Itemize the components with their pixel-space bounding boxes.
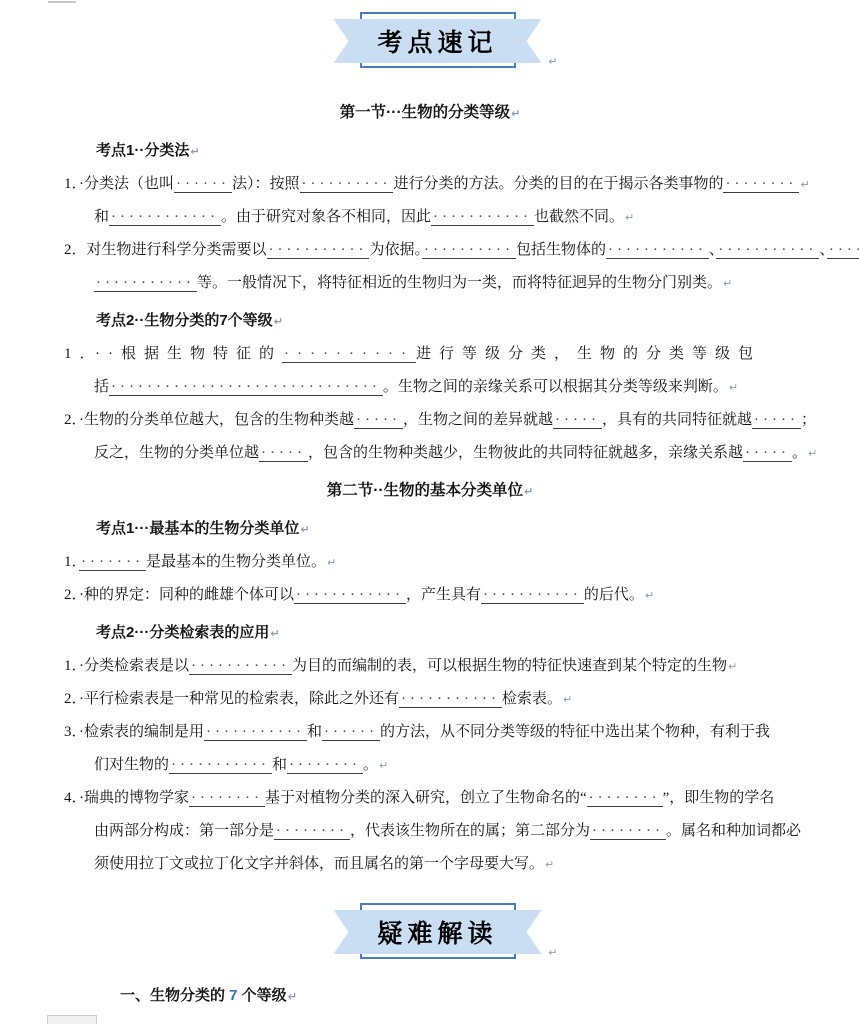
kaodian-heading: 考点2···分类检索表的应用↵ <box>64 616 796 650</box>
paragraph-mark: ↵ <box>274 315 283 328</box>
text-run: 2．·平行检索表是一种常见的检索表，除此之外还有 <box>64 691 399 707</box>
paragraph-mark: ↵ <box>327 556 336 569</box>
text-run: 4．·瑞典的博物学家 <box>64 790 189 806</box>
blank-field[interactable]: ········ <box>587 790 663 807</box>
paragraph-mark: ↵ <box>645 589 654 602</box>
text-run: 1．··根据生物特征的 <box>64 346 282 362</box>
blank-field[interactable]: ··········· <box>204 724 307 741</box>
blank-field[interactable]: ····· <box>553 412 602 429</box>
paragraph-mark: ↵ <box>548 946 557 959</box>
blank-field[interactable]: ··········· <box>399 691 502 708</box>
kaodian-heading: 考点1···最基本的生物分类单位↵ <box>64 512 796 546</box>
blank-field[interactable]: ·········· <box>422 242 516 259</box>
text-run: 考点2··生物分类的7个等级 <box>96 312 273 329</box>
text-run: 2．·生物的分类单位越大，包含的生物种类越 <box>64 412 354 428</box>
text-run: 基于对植物分类的深入研究，创立了生物命名的“ <box>265 790 587 806</box>
blank-field[interactable]: ······· <box>79 554 146 571</box>
text-run: 是最基本的生物分类单位。 <box>146 554 326 570</box>
paragraph-mark: ↵ <box>563 693 572 706</box>
text-run: 7 <box>229 987 237 1004</box>
text-run: ，具有的共同特征就越 <box>602 412 752 428</box>
paragraph-mark: ↵ <box>548 55 557 68</box>
text-run: 须使用拉丁文或拉丁化文字并斜体，而且属名的第一个字母要大写。 <box>94 856 544 872</box>
blank-field[interactable]: ········ <box>723 176 799 193</box>
text-run: 的后代。 <box>584 587 644 603</box>
item-paragraph: 2．·种的界定：同种的雌雄个体可以············，产生具有······… <box>64 579 796 612</box>
blank-field[interactable]: ··········· <box>169 757 272 774</box>
text-run: 检索表。 <box>502 691 562 707</box>
blank-field[interactable]: ·········· <box>300 176 394 193</box>
text-run: 3．·检索表的编制是用 <box>64 724 204 740</box>
paragraph-mark: ↵ <box>729 381 738 394</box>
text-run: 为目的而编制的表，可以根据生物的特征快速查到某个特定的生物 <box>292 658 727 674</box>
blank-field[interactable]: ········ <box>189 790 265 807</box>
item-paragraph: 2．对生物进行科学分类需要以···········为依据。··········包… <box>64 234 796 300</box>
paragraph-mark: ↵ <box>545 858 554 871</box>
blank-field[interactable]: ··········· <box>431 209 534 226</box>
text-run: 。 <box>363 757 378 773</box>
text-run: 2．·种的界定：同种的雌雄个体可以 <box>64 587 294 603</box>
text-run: 由两部分构成：第一部分是 <box>94 823 274 839</box>
blank-field[interactable]: ····· <box>354 412 403 429</box>
content-part-1: 第一节···生物的分类等级↵考点1··分类法↵1．·分类法（也叫······法）… <box>64 96 796 881</box>
paragraph-mark: ↵ <box>728 660 737 673</box>
text-run: 考点1··分类法 <box>96 142 189 159</box>
paragraph-mark: ↵ <box>723 277 732 290</box>
text-run: 、 <box>819 242 827 258</box>
item-paragraph: 2．·平行检索表是一种常见的检索表，除此之外还有···········检索表。↵ <box>64 683 796 716</box>
text-run: 和 <box>307 724 322 740</box>
banner-row-yinanjiedu: 疑难解读 ↵ <box>0 903 859 963</box>
text-run: 为依据。 <box>369 242 422 258</box>
kaodian-heading: 考点1··分类法↵ <box>64 134 796 168</box>
text-run: 的方法，从不同分类等级的特征中选出某个物种，有利于我 <box>380 724 770 740</box>
text-run: 等。一般情况下，将特征相近的生物归为一类，而将特征迥异的生物分门别类。 <box>197 275 722 291</box>
page-top-mark <box>48 1 76 3</box>
banner-title: 考点速记 <box>334 19 542 63</box>
document-page: 考点速记 ↵ 第一节···生物的分类等级↵考点1··分类法↵1．·分类法（也叫·… <box>0 0 859 1024</box>
blank-field[interactable]: ····· <box>259 445 308 462</box>
blank-field[interactable]: ····· <box>743 445 792 462</box>
item-paragraph: 1．·分类法（也叫······法）：按照··········进行分类的方法。分类… <box>64 168 796 234</box>
paragraph-mark: ↵ <box>379 759 388 772</box>
paragraph-mark: ↵ <box>190 145 199 158</box>
blank-field[interactable]: ········ <box>287 757 363 774</box>
paragraph-mark: ↵ <box>270 627 279 640</box>
paragraph-mark: ↵ <box>808 447 817 460</box>
item-paragraph: 2．·生物的分类单位越大，包含的生物种类越·····，生物之间的差异就越····… <box>64 404 796 470</box>
text-run: 2．对生物进行科学分类需要以 <box>64 242 267 258</box>
text-run: 考点2···分类检索表的应用 <box>96 624 269 641</box>
item-paragraph: 1．··根据生物特征的··········进行等级分类，生物的分类等级包括···… <box>64 338 796 404</box>
paragraph-mark: ↵ <box>300 523 309 536</box>
text-run: 第二节··生物的基本分类单位 <box>327 482 523 499</box>
text-run: 和 <box>272 757 287 773</box>
kaodian-heading: 考点2··生物分类的7个等级↵ <box>64 304 796 338</box>
text-run: 。 <box>792 445 807 461</box>
blank-field[interactable]: ······ <box>174 176 232 193</box>
text-run: ，包含的生物种类越少，生物彼此的共同特征就越多，亲缘关系越 <box>308 445 743 461</box>
text-run: ，代表该生物所在的属；第二部分为 <box>350 823 590 839</box>
text-run: 也截然不同。 <box>534 209 624 225</box>
text-run: 考点1···最基本的生物分类单位 <box>96 520 299 537</box>
subsection-heading: 一、生物分类的 7 个等级↵ <box>64 979 796 1013</box>
section-heading: 第一节···生物的分类等级↵ <box>64 96 796 130</box>
blank-field[interactable]: ············ <box>294 587 406 604</box>
section-heading: 第二节··生物的基本分类单位↵ <box>64 474 796 508</box>
blank-field[interactable]: ··········· <box>481 587 584 604</box>
banner-title: 疑难解读 <box>334 910 542 954</box>
blank-field[interactable]: ··········· <box>267 242 370 259</box>
next-table-stub <box>47 1015 97 1024</box>
content-part-2: 一、生物分类的 7 个等级↵ <box>64 979 796 1013</box>
text-run: 进行分类的方法。分类的目的在于揭示各类事物的 <box>393 176 723 192</box>
text-run: 。生物之间的亲缘关系可以根据其分类等级来判断。 <box>383 379 728 395</box>
blank-field[interactable]: ········ <box>590 823 666 840</box>
blank-field[interactable]: ········ <box>274 823 350 840</box>
text-run: 法）：按照 <box>232 176 300 192</box>
blank-field[interactable]: ··········· <box>94 275 197 292</box>
paragraph-mark: ↵ <box>524 485 533 498</box>
item-paragraph: 3．·检索表的编制是用···········和······的方法，从不同分类等级… <box>64 716 796 782</box>
blank-field[interactable]: ············· <box>827 242 859 259</box>
paragraph-mark: ↵ <box>800 178 809 191</box>
text-run: 反之，生物的分类单位越 <box>94 445 259 461</box>
text-run: 括 <box>94 379 109 395</box>
paragraph-mark: ↵ <box>511 107 520 120</box>
paragraph-mark: ↵ <box>625 211 634 224</box>
text-run: ”，即生物的学名 <box>663 790 775 806</box>
blank-field[interactable]: ··········· <box>716 242 819 259</box>
text-run: 包括生物体的 <box>516 242 606 258</box>
blank-field[interactable]: ··········· <box>189 658 292 675</box>
text-run: 进行等级分类，生物的分类等级包 <box>416 346 761 362</box>
blank-field[interactable]: ············ <box>109 209 221 226</box>
paragraph-mark: ↵ <box>288 990 297 1003</box>
text-run: 1．·分类检索表是以 <box>64 658 189 674</box>
text-run: 1．·分类法（也叫 <box>64 176 174 192</box>
text-run: 。由于研究对象各不相同，因此 <box>221 209 431 225</box>
text-run: 1． <box>64 554 79 570</box>
text-run: 一、生物分类的 <box>120 987 229 1004</box>
text-run: 。属名和种加词都必 <box>666 823 801 839</box>
banner-ribbon: 考点速记 ↵ <box>334 12 542 70</box>
item-paragraph: 1．·······是最基本的生物分类单位。↵ <box>64 546 796 579</box>
text-run: ； <box>801 412 816 428</box>
text-run: 个等级 <box>238 987 287 1004</box>
banner-ribbon: 疑难解读 ↵ <box>334 903 542 961</box>
item-paragraph: 4．·瑞典的博物学家········基于对植物分类的深入研究，创立了生物命名的“… <box>64 782 796 881</box>
blank-field[interactable]: ······ <box>322 724 380 741</box>
blank-field[interactable]: ····· <box>752 412 801 429</box>
item-paragraph: 1．·分类检索表是以···········为目的而编制的表，可以根据生物的特征快… <box>64 650 796 683</box>
blank-field[interactable]: ··········· <box>606 242 709 259</box>
blank-field[interactable]: ······························ <box>109 379 383 396</box>
text-run: ，产生具有 <box>406 587 481 603</box>
text-run: 第一节···生物的分类等级 <box>340 104 511 121</box>
banner-row-kaodiansuji: 考点速记 ↵ <box>0 0 859 72</box>
text-run: ，生物之间的差异就越 <box>403 412 553 428</box>
text-run: 和 <box>94 209 109 225</box>
blank-field[interactable]: ·········· <box>282 346 416 363</box>
text-run: 们对生物的 <box>94 757 169 773</box>
